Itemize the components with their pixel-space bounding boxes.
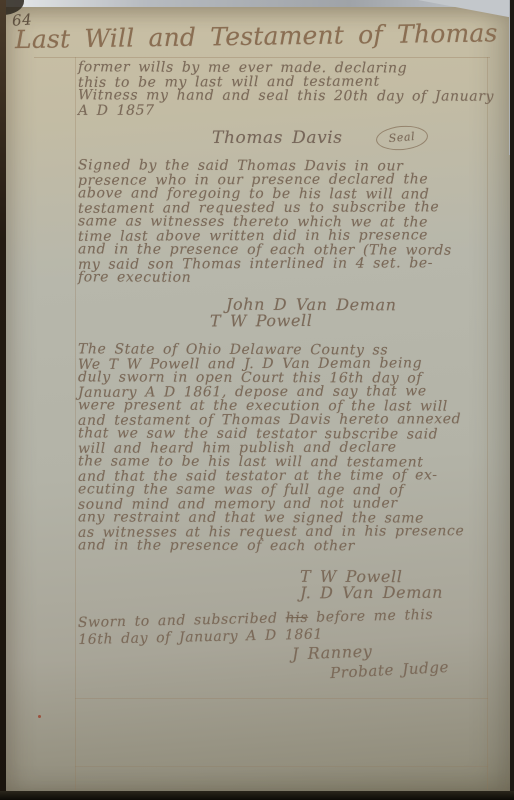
judge-signature: J Ranney — [292, 642, 373, 664]
ruled-line-foot2 — [75, 766, 488, 767]
deponent-signature: T W Powell — [300, 568, 443, 584]
handwritten-line: and in the presence of each other (The w… — [78, 241, 452, 256]
handwritten-line: fore execution — [78, 269, 452, 284]
handwritten-line: my said son Thomas interlined in 4 set. … — [78, 255, 452, 271]
attestation-paragraph: Signed by the said Thomas Davis in ourpr… — [78, 158, 452, 284]
ruled-line-left-margin — [75, 57, 76, 790]
witness-signatures: John D Van DemanT W Powell — [210, 296, 397, 328]
handwritten-line: above and foregoing to be his last will … — [78, 185, 452, 200]
witness-signature: John D Van Deman — [226, 296, 397, 313]
handwritten-line: presence who in our presence declared th… — [78, 171, 452, 187]
handwritten-line: A D 1857 — [78, 101, 494, 117]
struck-word: his — [285, 610, 308, 627]
deponent-signature: J. D Van Deman — [300, 584, 443, 601]
book-binding-edge — [0, 0, 6, 800]
paper-speck — [38, 715, 41, 718]
handwritten-line: same as witnesses thereto which we at th… — [78, 213, 452, 228]
deponent-signatures: T W PowellJ. D Van Deman — [300, 568, 443, 600]
photo-edge-bottom — [0, 791, 514, 800]
jurat-text: before me this — [316, 607, 433, 626]
ruled-line-right-margin — [487, 57, 488, 790]
ruled-line-header — [34, 57, 490, 58]
handwritten-line: Signed by the said Thomas Davis in our — [78, 157, 452, 172]
document-scan: 64 Last Will and Testament of Thomas Dav… — [0, 0, 514, 800]
testator-signature: Thomas Davis — [212, 128, 343, 148]
photo-edge-right — [510, 0, 514, 800]
witness-signature: T W Powell — [210, 312, 397, 329]
probate-paragraph: The State of Ohio Delaware County ssWe T… — [78, 343, 464, 553]
handwritten-line: testament and requested us to subscribe … — [78, 199, 452, 215]
handwritten-line: time last above written did in his prese… — [78, 227, 452, 243]
handwritten-line: and in the presence of each other — [78, 538, 464, 553]
opening-paragraph: former wills by me ever made. declaringt… — [78, 60, 494, 116]
ruled-line-footer — [75, 698, 488, 699]
